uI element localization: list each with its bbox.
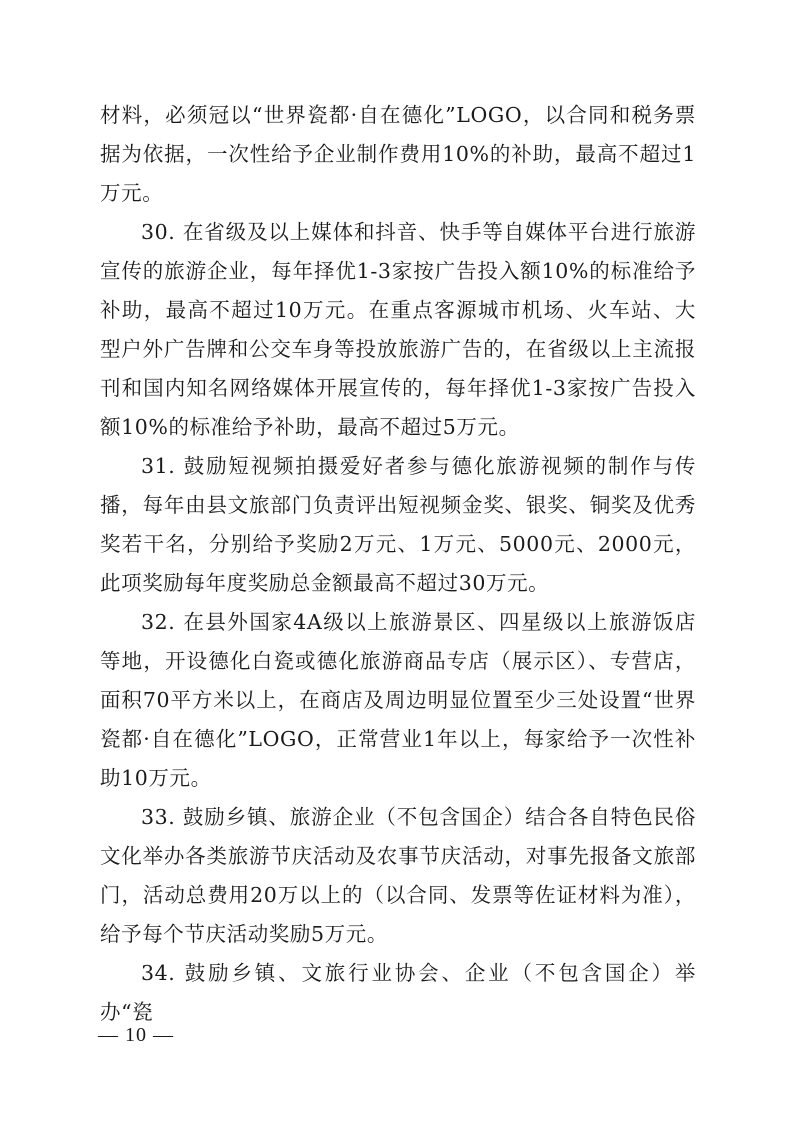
paragraph-item-31: 31. 鼓励短视频拍摄爱好者参与德化旅游视频的制作与传播，每年由县文旅部门负责评… [100, 447, 696, 603]
page-number: — 10 — [98, 1024, 174, 1047]
paragraph-item-34: 34. 鼓励乡镇、文旅行业协会、企业（不包含国企）举办“瓷 [100, 954, 696, 1032]
paragraph-continuation: 材料，必须冠以“世界瓷都·自在德化”LOGO，以合同和税务票据为依据，一次性给予… [100, 96, 696, 213]
paragraph-item-30: 30. 在省级及以上媒体和抖音、快手等自媒体平台进行旅游宣传的旅游企业，每年择优… [100, 213, 696, 447]
document-page-body: 材料，必须冠以“世界瓷都·自在德化”LOGO，以合同和税务票据为依据，一次性给予… [100, 96, 696, 1032]
paragraph-item-33: 33. 鼓励乡镇、旅游企业（不包含国企）结合各自特色民俗文化举办各类旅游节庆活动… [100, 798, 696, 954]
paragraph-item-32: 32. 在县外国家4A级以上旅游景区、四星级以上旅游饭店等地，开设德化白瓷或德化… [100, 603, 696, 798]
